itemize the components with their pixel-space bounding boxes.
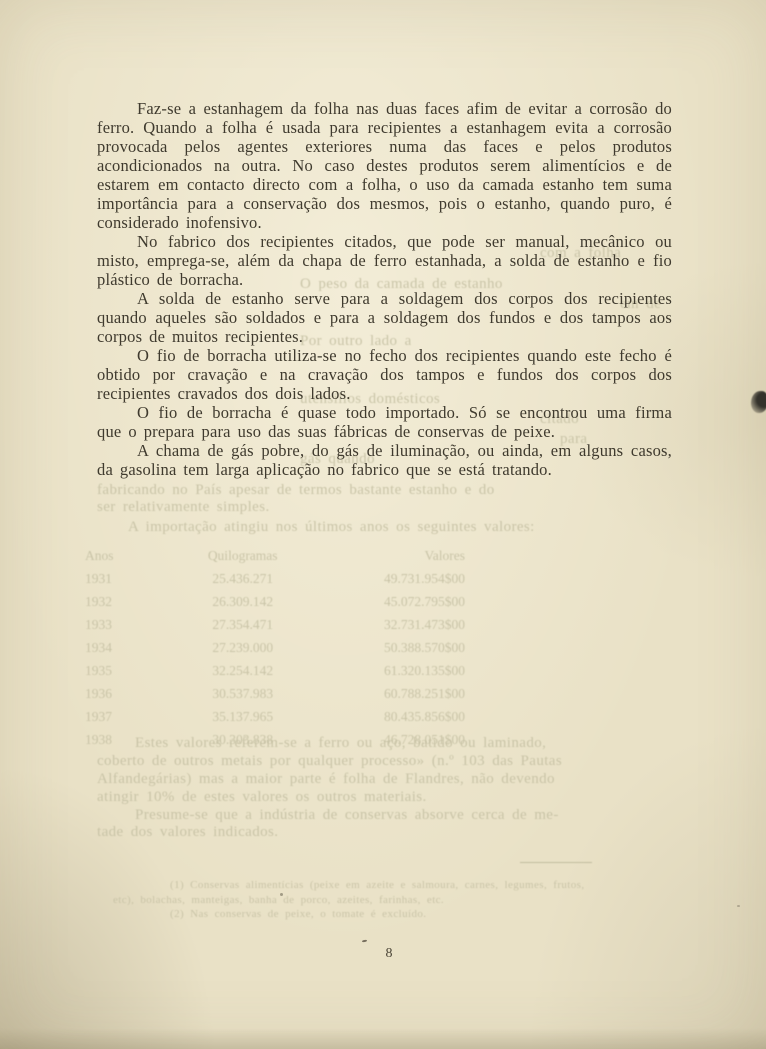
ghost-table-cell: 1931 [85, 571, 153, 587]
ghost-table-cell: 35.137.965 [153, 709, 332, 725]
ghost-table-cell: Valores [332, 548, 465, 564]
ghost-table-row: 193125.436.27149.731.954$00 [85, 571, 465, 587]
paragraph: No fabrico dos recipientes citados, que … [97, 232, 672, 289]
paragraph: O fio de borracha utiliza-se no fecho do… [97, 346, 672, 403]
ghost-table-cell: 32.731.473$00 [332, 617, 465, 633]
ghost-text-line: atingir 10% de estes valores os outros m… [97, 790, 537, 805]
paper-speck [737, 905, 740, 907]
ghost-footnote-rule [520, 862, 592, 863]
body-text: Faz-se a estanhagem da folha nas duas fa… [97, 99, 672, 479]
ghost-table-cell: 1937 [85, 709, 153, 725]
ghost-table-cell: 60.788.251$00 [332, 686, 465, 702]
ghost-text-line: (1) Conservas alimentícias (peixe em aze… [170, 880, 640, 891]
ghost-table-cell: 1932 [85, 594, 153, 610]
ghost-import-table: AnosQuilogramasValores193125.436.27149.7… [85, 548, 465, 755]
ghost-table-row: 193630.537.98360.788.251$00 [85, 686, 465, 702]
ghost-table-cell: 1938 [85, 732, 153, 748]
ghost-table-cell: 27.354.471 [153, 617, 332, 633]
ghost-table-cell: Quilogramas [153, 548, 332, 564]
ghost-table-cell: 25.436.271 [153, 571, 332, 587]
paragraph: O fio de borracha é quase todo importado… [97, 403, 672, 441]
paragraph: A solda de estanho serve para a soldagem… [97, 289, 672, 346]
ghost-table-cell: 45.072.795$00 [332, 594, 465, 610]
ghost-text-line: coberto de outros metais por qualquer pr… [97, 754, 672, 769]
paper-speck [362, 940, 367, 943]
ghost-table-row: 193427.239.00050.388.570$00 [85, 640, 465, 656]
ghost-text-line: tade dos valores indicados. [97, 825, 327, 840]
ghost-table-cell: 26.309.142 [153, 594, 332, 610]
ghost-table-cell: 1936 [85, 686, 153, 702]
ghost-table-row: 193327.354.47132.731.473$00 [85, 617, 465, 633]
ghost-table-row: 193830.303.83846.728.051$00 [85, 732, 465, 748]
ghost-text-line: fabricando no País apesar de termos bast… [97, 483, 642, 498]
ghost-table-cell: 46.728.051$00 [332, 732, 465, 748]
ghost-text-line: A importação atingiu nos últimos anos os… [128, 520, 648, 535]
ghost-table-cell: 1933 [85, 617, 153, 633]
ghost-table-cell: Anos [85, 548, 153, 564]
ghost-table-cell: 1934 [85, 640, 153, 656]
ghost-text-line: Presume-se que a indústria de conservas … [135, 808, 640, 823]
ghost-table-cell: 61.320.135$00 [332, 663, 465, 679]
ghost-table-cell: 49.731.954$00 [332, 571, 465, 587]
ghost-table-cell: 1935 [85, 663, 153, 679]
ink-smudge [751, 391, 766, 413]
ghost-table-row: 193226.309.14245.072.795$00 [85, 594, 465, 610]
ghost-text-line: Estes valores referem-se a ferro ou aço,… [135, 736, 640, 751]
ghost-table-cell: 30.303.838 [153, 732, 332, 748]
ghost-text-line: Alfandegárias) mas a maior parte é folha… [97, 772, 672, 787]
paragraph: Faz-se a estanhagem da folha nas duas fa… [97, 99, 672, 232]
ghost-table-row: 193735.137.96580.435.856$00 [85, 709, 465, 725]
paper-speck [280, 893, 283, 896]
ghost-table-cell: 50.388.570$00 [332, 640, 465, 656]
ghost-table-cell: 80.435.856$00 [332, 709, 465, 725]
ghost-text-line: (2) Nas conservas de peixe, o tomate é e… [170, 909, 500, 920]
ghost-text-line: etc), bolachas, manteigas, banha de porc… [113, 895, 493, 906]
ghost-table-cell: 32.254.142 [153, 663, 332, 679]
page-number: 8 [374, 946, 404, 962]
ghost-table-header: AnosQuilogramasValores [85, 548, 465, 564]
ghost-table-cell: 27.239.000 [153, 640, 332, 656]
ghost-table-cell: 30.537.983 [153, 686, 332, 702]
ghost-text-line: ser relativamente simples. [97, 500, 282, 515]
scanned-page: com a folhaO peso da camada de estanhoem… [0, 0, 766, 1049]
ghost-table-row: 193532.254.14261.320.135$00 [85, 663, 465, 679]
paragraph: A chama de gás pobre, do gás de iluminaç… [97, 441, 672, 479]
